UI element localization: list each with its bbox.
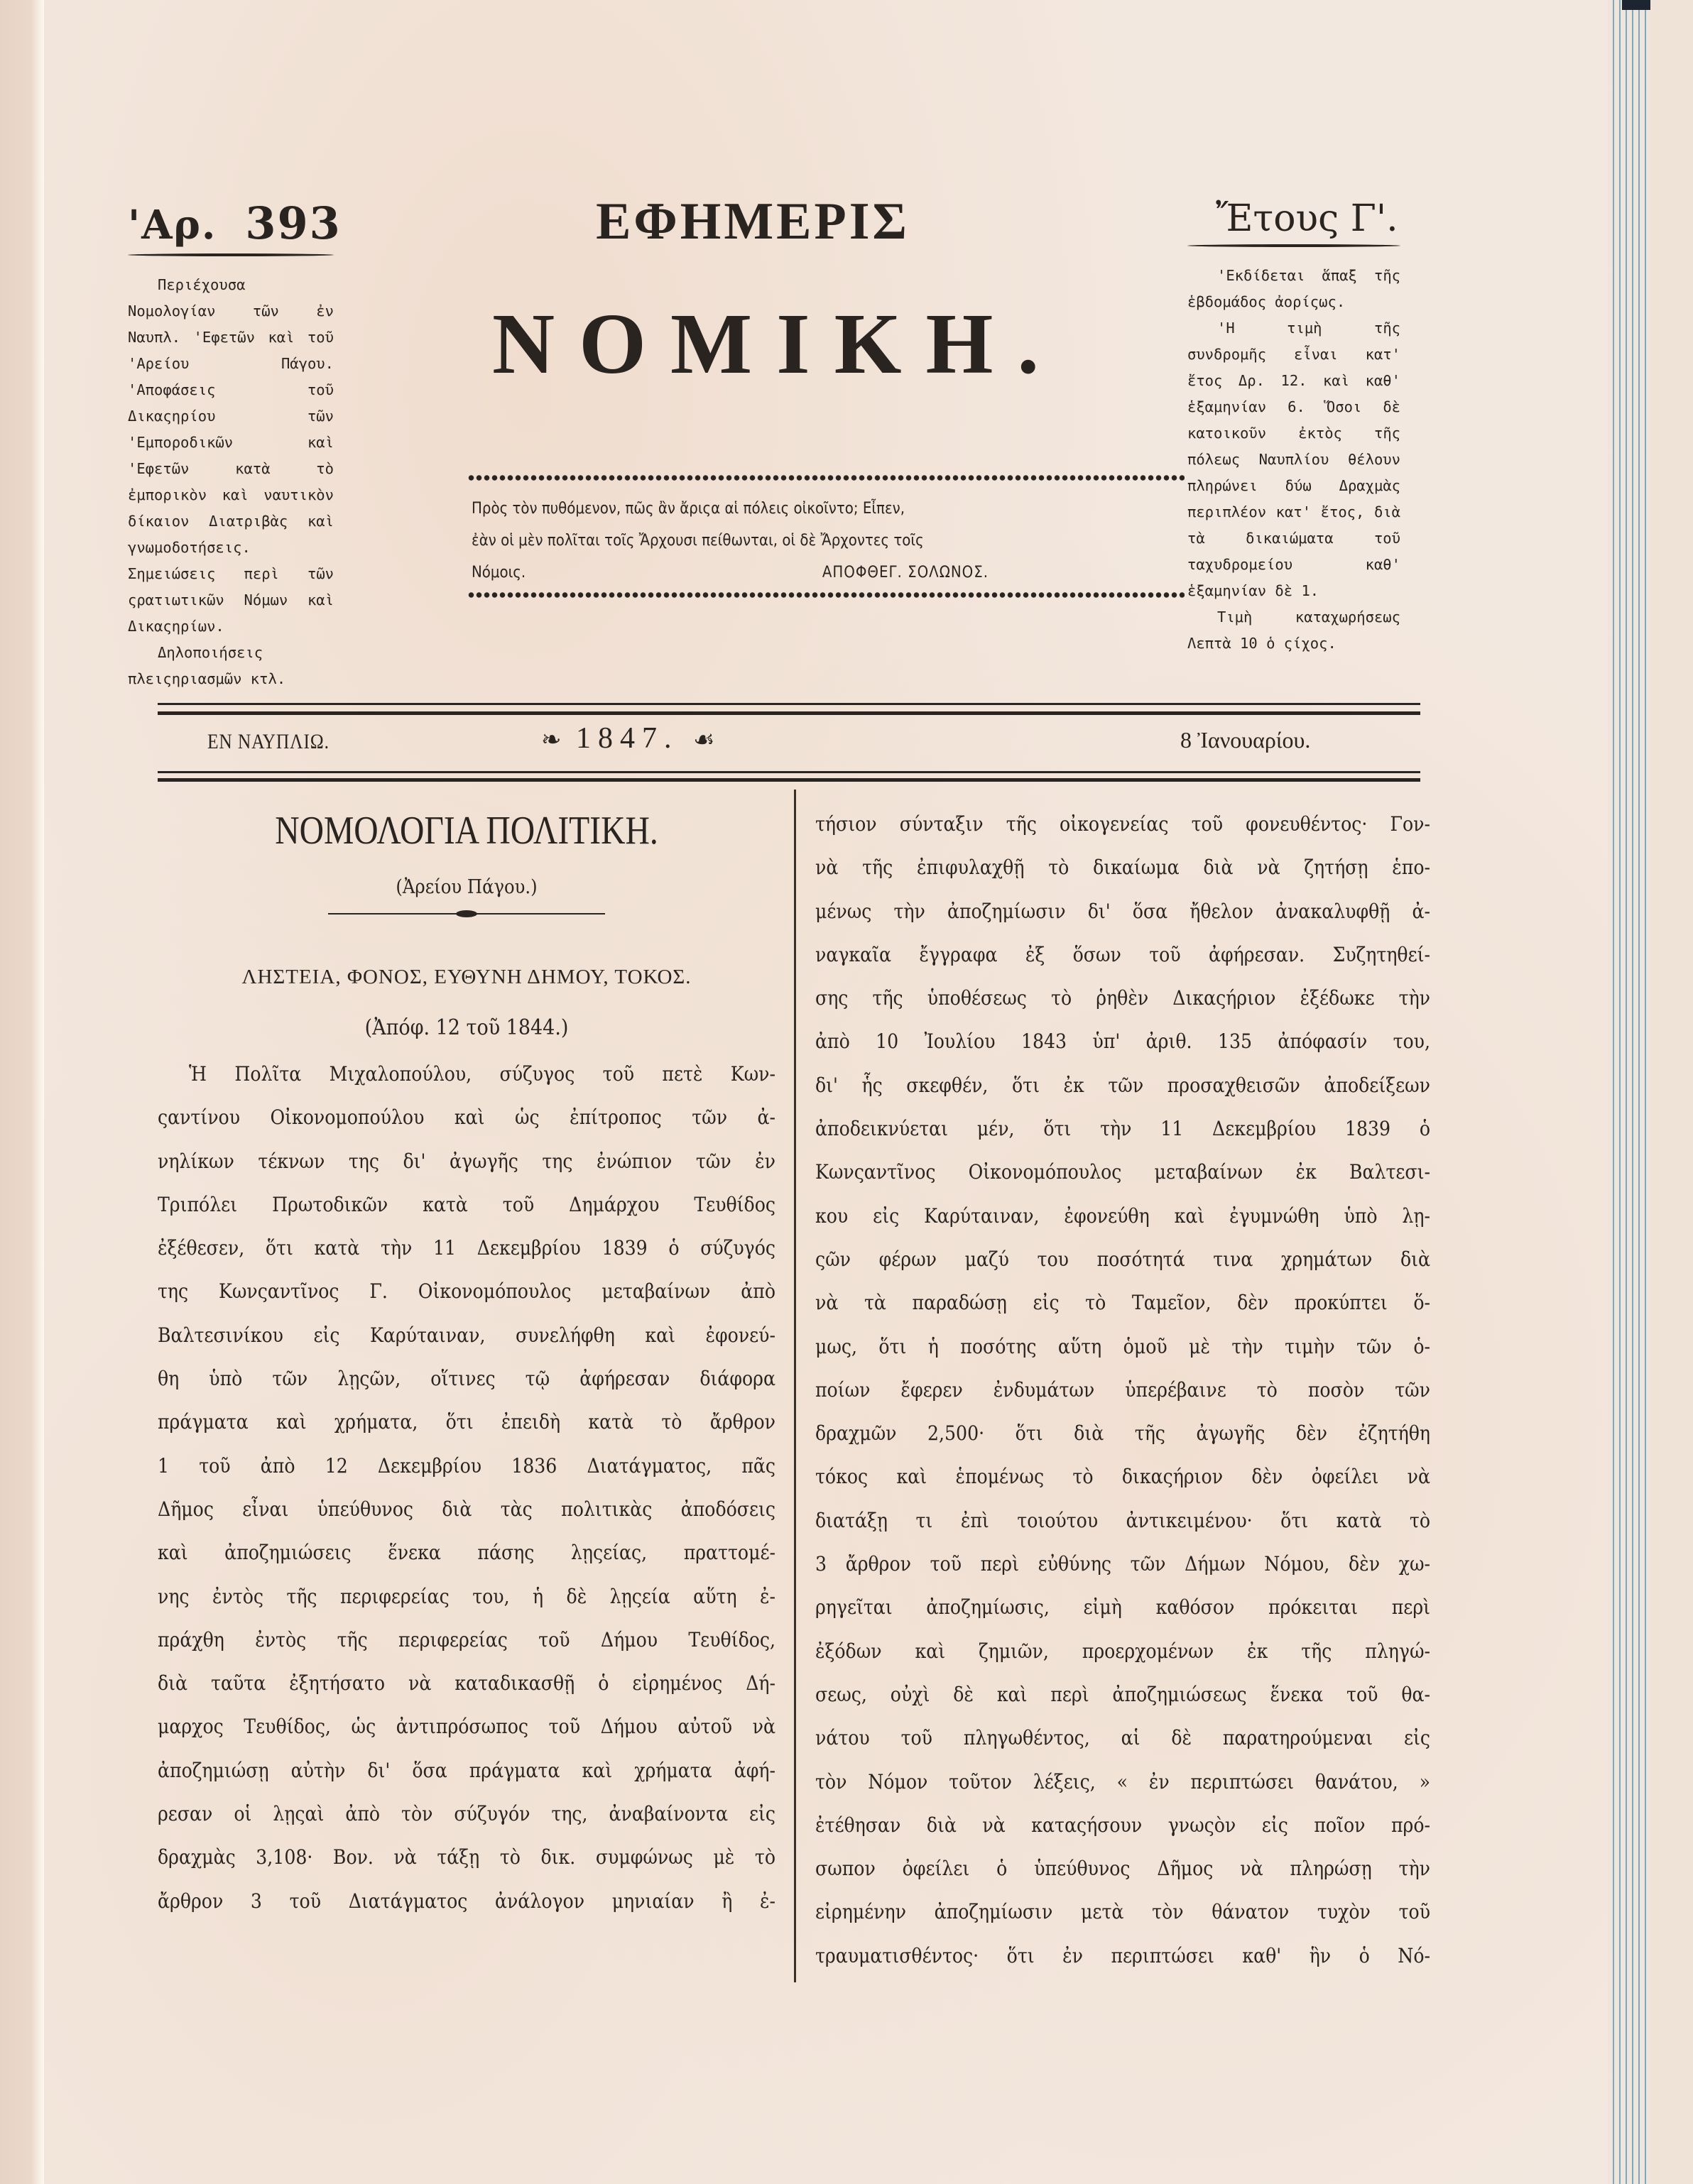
text-line: κου εἰς Καρύταιναν, ἐφονεύθη καὶ ἐγυμνώθ… [815, 1194, 1430, 1238]
book-binding-gutter [0, 0, 44, 2184]
swell-rule [1187, 244, 1400, 247]
text-line: δι' ἧς σκεφθέν, ὅτι ἐκ τῶν προσαχθεισῶν … [815, 1064, 1430, 1107]
dateline-year: ❧ 1847. ☙ [541, 721, 714, 755]
text-line: ἐξόδων καὶ ζημιῶν, προερχομένων ἐκ τῆς π… [815, 1629, 1430, 1673]
text-line: τὸν Νόμον τοῦτον λέξεις, « ἐν περιπτώσει… [815, 1760, 1430, 1803]
text-line: σης τῆς ὑποθέσεως τὸ ῥηθὲν Δικαςήριον ἐξ… [815, 976, 1430, 1020]
contents-blurb: Περιέχουσα Νομολογίαν τῶν ἐν Ναυπλ. 'Εφε… [128, 272, 334, 692]
text-line: διὰ ταῦτα ἐξητήσατο νὰ καταδικασθῇ ὁ εἰρ… [158, 1661, 775, 1705]
text-line: ποίων ἔφερεν ἐνδυμάτων ὑπερέβαινε τὸ ποσ… [815, 1368, 1430, 1412]
text-line: ναγκαῖα ἔγγραφα ἐξ ὅσων τοῦ ἀφήρεσαν. Συ… [815, 933, 1430, 976]
text-line: ἄρθρον 3 τοῦ Διατάγματος ἀνάλογον μηνιαί… [158, 1879, 775, 1923]
issue-number-heading: 'Αρ.393 [128, 197, 334, 249]
issue-number: 393 [245, 197, 341, 249]
text-line: της Κωνςαντῖνος Γ. Οἰκονομόπουλος μεταβα… [158, 1270, 775, 1313]
contents-paragraph: Δηλοποιήσεις πλειςηριασμῶν κτλ. [128, 640, 334, 692]
text-line: Τριπόλει Πρωτοδικῶν κατὰ τοῦ Δημάρχου Τε… [158, 1183, 775, 1226]
right-column-body: τήσιον σύνταξιν τῆς οἰκογενείας τοῦ φονε… [815, 802, 1430, 1977]
text-line: ἀπὸ 10 Ἰουλίου 1843 ὑπ' ἀριθ. 135 ἀπόφασ… [815, 1020, 1430, 1063]
subscription-paragraph: Τιμὴ καταχωρήσεως Λεπτὰ 10 ὁ ςίχος. [1187, 604, 1400, 657]
dateline-date: 8 Ἰανουαρίου. [1180, 727, 1310, 753]
text-line: ρεσαν οἱ λῃςαὶ ἀπὸ τὸν σύζυγόν της, ἀναβ… [158, 1792, 775, 1835]
column-divider [794, 790, 796, 1982]
motto-line: ἐὰν οἱ μὲν πολῖται τοῖς Ἄρχουσι πείθωντα… [472, 525, 1180, 557]
title-nomiki: ΝΟΜΙΚΗ. [391, 295, 1165, 394]
ornament-right-icon: ☙ [693, 727, 714, 753]
dotted-rule [467, 591, 1185, 599]
court-name: (Ἀρείου Πάγου.) [158, 873, 775, 902]
text-line: πράχθη ἐντὸς τῆς περιφερείας τοῦ Δήμου Τ… [158, 1618, 775, 1661]
motto-text: Πρὸς τὸν πυθόμενον, πῶς ἂν ἄριςα αἱ πόλε… [467, 481, 1185, 591]
dateline: ΕΝ ΝΑΥΠΛΙΩ. ❧ 1847. ☙ 8 Ἰανουαρίου. [158, 721, 1420, 764]
text-line: 3 ἄρθρον τοῦ περὶ εὐθύνης τῶν Δήμων Νόμο… [815, 1542, 1430, 1585]
ornament-left-icon: ❧ [541, 727, 562, 753]
left-column: ΝΟΜΟΛΟΓΙΑ ΠΟΛΙΤΙΚΗ. (Ἀρείου Πάγου.) ΛΗΣΤ… [158, 802, 775, 1923]
text-line: ἐξέθεσεν, ὅτι κατὰ τὴν 11 Δεκεμβρίου 183… [158, 1226, 775, 1270]
text-line: Βαλτεσινίκου εἰς Καρύταιναν, συνελήφθη κ… [158, 1314, 775, 1357]
text-line: σεως, οὐχὶ δὲ καὶ περὶ ἀποζημιώσεως ἕνεκ… [815, 1673, 1430, 1716]
year-block: Ἔτους Γ'. 'Εκδίδεται ἅπαξ τῆς ἑβδομάδος … [1187, 197, 1400, 657]
text-line: δραχμὰς 3,108· Βον. νὰ τάξῃ τὸ δικ. συμφ… [158, 1835, 775, 1879]
text-line: ἐτέθησαν διὰ νὰ καταςήσουν γνωςὸν εἰς πο… [815, 1803, 1430, 1847]
year-label: Ἔτους Γ'. [1187, 197, 1400, 240]
dateline-rule-bottom-thick [158, 778, 1420, 782]
text-line: Κωνςαντῖνος Οἰκονομόπουλος μεταβαίνων ἐκ… [815, 1150, 1430, 1194]
text-line: νὰ τὰ παραδώσῃ εἰς τὸ Ταμεῖον, δὲν προκύ… [815, 1281, 1430, 1324]
text-line: μένως τὴν ἀποζημίωσιν δι' ὅσα ἤθελον ἀνα… [815, 890, 1430, 933]
page-fore-edge [1608, 0, 1650, 2184]
text-line: θη ὑπὸ τῶν λῃςῶν, οἵτινες τῷ ἀφήρεσαν δι… [158, 1357, 775, 1400]
text-line: καὶ ἀποζημιώσεις ἕνεκα πάσης λῃςείας, πρ… [158, 1531, 775, 1574]
fleuron-rule [328, 913, 605, 914]
issue-number-block: 'Αρ.393 Περιέχουσα Νομολογίαν τῶν ἐν Ναυ… [128, 197, 334, 692]
motto-last-word: Νόμοις. [472, 557, 526, 589]
right-column: τήσιον σύνταξιν τῆς οἰκογενείας τοῦ φονε… [815, 802, 1430, 1977]
text-line: εἰρημένην ἀποζημίωσιν μετὰ τὸν θάνατον τ… [815, 1890, 1430, 1933]
motto-box: Πρὸς τὸν πυθόμενον, πῶς ἂν ἄριςα αἱ πόλε… [467, 474, 1185, 599]
text-line: νὰ τῆς ἐπιφυλαχθῇ τὸ δικαίωμα διὰ νὰ ζητ… [815, 846, 1430, 889]
contents-paragraph: Περιέχουσα Νομολογίαν τῶν ἐν Ναυπλ. 'Εφε… [128, 272, 334, 640]
text-line: 1 τοῦ ἀπὸ 12 Δεκεμβρίου 1836 Διατάγματος… [158, 1444, 775, 1487]
text-line: διατάξῃ τι ἐπὶ τοιούτου ἀντικειμένου· ὅτ… [815, 1499, 1430, 1542]
text-line: ἀποζημιώσῃ αὐτὴν δι' ὅσα πράγματα καὶ χρ… [158, 1749, 775, 1792]
text-line: πράγματα καὶ χρήματα, ὅτι ἐπειδὴ κατὰ τὸ… [158, 1400, 775, 1443]
motto-last-line: Νόμοις. ΑΠΟΦΘΕΓ. ΣΟΛΩΝΟΣ. [472, 557, 1180, 589]
case-reference: (Ἀπόφ. 12 τοῦ 1844.) [158, 1007, 775, 1049]
text-line: τραυματισθέντος· ὅτι ἐν περιπτώσει καθ' … [815, 1934, 1430, 1977]
dateline-rule-bottom-thin [158, 771, 1420, 773]
text-line: Ἡ Πολῖτα Μιχαλοπούλου, σύζυγος τοῦ πετὲ … [158, 1052, 775, 1096]
section-title: ΝΟΜΟΛΟΓΙΑ ΠΟΛΙΤΙΚΗ. [204, 802, 729, 859]
swell-rule [128, 253, 334, 256]
newspaper-title-block: ΕΦΗΜΕΡΙΣ ΝΟΜΙΚΗ. [454, 192, 1165, 394]
dateline-place: ΕΝ ΝΑΥΠΛΙΩ. [207, 730, 330, 754]
dateline-rule-top-thin [158, 703, 1420, 705]
text-line: νηλίκων τέκνων της δι' ἀγωγῆς της ἐνώπιο… [158, 1140, 775, 1183]
subscription-paragraph: 'Η τιμὴ τῆς συνδρομῆς εἶναι κατ' ἔτος Δρ… [1187, 315, 1400, 604]
motto-attribution: ΑΠΟΦΘΕΓ. ΣΟΛΩΝΟΣ. [822, 557, 989, 589]
subscription-info: 'Εκδίδεται ἅπαξ τῆς ἑβδομάδος ἀορίςως. '… [1187, 263, 1400, 657]
text-line: ςαντίνου Οἰκονομοπούλου καὶ ὡς ἐπίτροπος… [158, 1096, 775, 1139]
left-column-body: Ἡ Πολῖτα Μιχαλοπούλου, σύζυγος τοῦ πετὲ … [158, 1052, 775, 1923]
text-line: δραχμῶν 2,500· ὅτι διὰ τῆς ἀγωγῆς δὲν ἐζ… [815, 1412, 1430, 1455]
text-line: μαρχος Τευθίδος, ὡς ἀντιπρόσωπος τοῦ Δήμ… [158, 1705, 775, 1748]
text-line: ἀποδεικνύεται μέν, ὅτι τὴν 11 Δεκεμβρίου… [815, 1107, 1430, 1150]
text-line: σωπον ὀφείλει ὁ ὑπεύθυνος Δῆμος νὰ πληρώ… [815, 1847, 1430, 1890]
text-line: τήσιον σύνταξιν τῆς οἰκογενείας τοῦ φονε… [815, 802, 1430, 846]
text-line: νης ἐντὸς τῆς περιφερείας του, ἡ δὲ λῃςε… [158, 1575, 775, 1618]
case-title: ΛΗΣΤΕΙΑ, ΦΟΝΟΣ, ΕΥΘΥΝΗ ΔΗΜΟΥ, ΤΟΚΟΣ. [158, 956, 775, 998]
text-line: ςῶν φέρων μαζύ του ποσότητά τινα χρημάτω… [815, 1238, 1430, 1281]
subscription-paragraph: 'Εκδίδεται ἅπαξ τῆς ἑβδομάδος ἀορίςως. [1187, 263, 1400, 315]
text-line: Δῆμος εἶναι ὑπεύθυνος διὰ τὰς πολιτικὰς … [158, 1487, 775, 1531]
text-line: ρηγεῖται ἀποζημίωσις, εἰμὴ καθόσον πρόκε… [815, 1585, 1430, 1629]
motto-line: Πρὸς τὸν πυθόμενον, πῶς ἂν ἄριςα αἱ πόλε… [472, 493, 1180, 525]
year-text: 1847. [576, 722, 679, 755]
text-line: μως, ὅτι ἡ ποσότης αὕτη ὁμοῦ μὲ τὴν τιμὴ… [815, 1325, 1430, 1368]
text-line: τόκος καὶ ἑπομένως τὸ δικαςήριον δὲν ὀφε… [815, 1455, 1430, 1498]
title-ephemeris: ΕΦΗΜΕΡΙΣ [341, 192, 1165, 252]
dotted-rule [467, 474, 1185, 481]
issue-prefix: 'Αρ. [128, 202, 217, 249]
text-line: νάτου τοῦ πληγωθέντος, αἱ δὲ παρατηρούμε… [815, 1716, 1430, 1759]
page-corner-shadow [1622, 0, 1650, 10]
dateline-rule-top-thick [158, 711, 1420, 715]
